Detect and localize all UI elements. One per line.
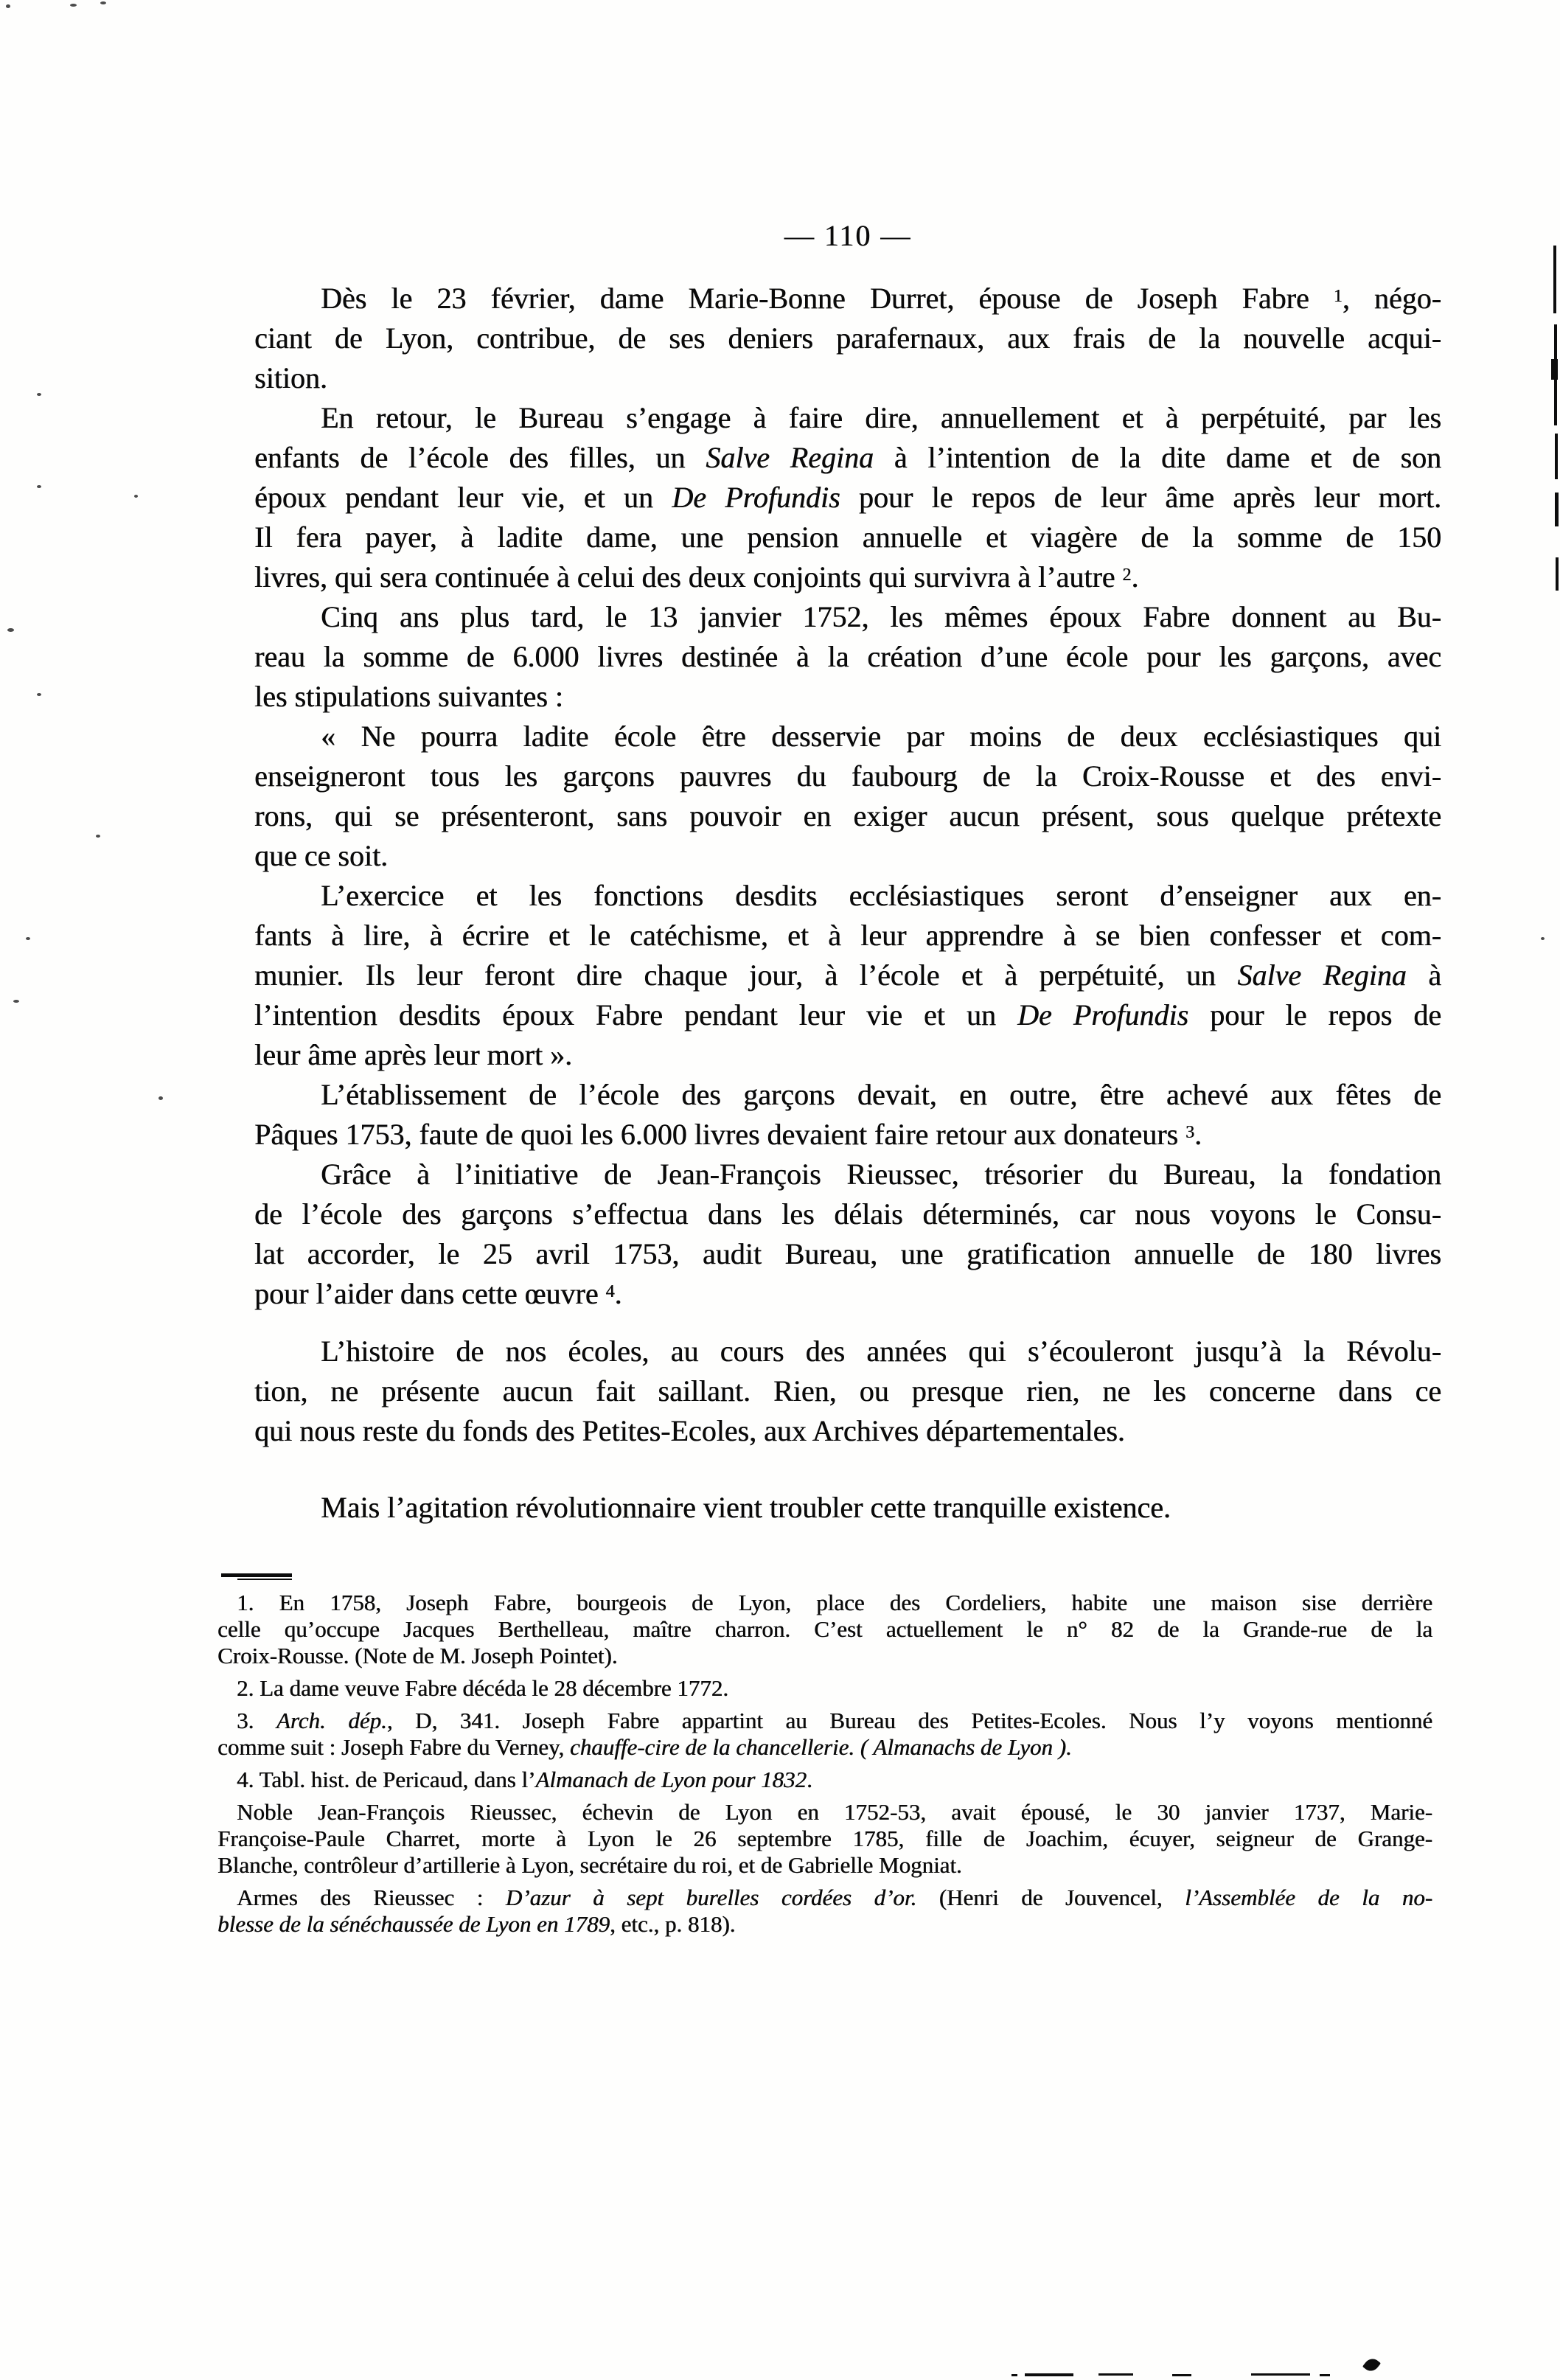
scan-edge-artifact (1551, 359, 1558, 380)
footnote-line: Noble Jean-François Rieussec, échevin de… (217, 1799, 1432, 1826)
paragraph: Grâce à l’initiative de Jean-François Ri… (254, 1155, 1441, 1314)
scan-speck (26, 937, 30, 940)
text-segment: époux pendant leur vie, et un (254, 481, 672, 514)
footnote-line: blesse de la sénéchaussée de Lyon en 178… (217, 1911, 1432, 1938)
body-line: époux pendant leur vie, et un De Profund… (254, 478, 1441, 518)
body-line: munier. Ils leur feront dire chaque jour… (254, 956, 1441, 995)
text-segment: leur âme après leur mort ». (254, 1038, 572, 1071)
scan-bottom-dash (1172, 2374, 1191, 2376)
text-segment: Salve Regina (706, 441, 874, 474)
scan-speck (96, 835, 100, 838)
text-segment: fants à lire, à écrire et le catéchisme,… (254, 919, 1441, 952)
text-segment: L’établissement de l’école des garçons d… (321, 1078, 1441, 1111)
footnote-separator-rule (221, 1573, 292, 1577)
scan-speck (134, 495, 138, 498)
footnote-reference: 4 (605, 1282, 614, 1301)
footnote-reference: 2 (1122, 566, 1131, 585)
footnote-reference: 3 (1185, 1123, 1194, 1142)
scan-bottom-dash (1025, 2373, 1073, 2376)
body-line: L’établissement de l’école des garçons d… (254, 1075, 1441, 1115)
text-segment: enseigneront tous les garçons pauvres du… (254, 759, 1441, 793)
text-segment: Cinq ans plus tard, le 13 janvier 1752, … (321, 600, 1441, 633)
scan-bottom-dash (1011, 2374, 1017, 2376)
text-segment (854, 1734, 860, 1760)
paragraph: L’exercice et les fonctions desdits eccl… (254, 876, 1441, 1075)
footnote-line: comme suit : Joseph Fabre du Verney, cha… (217, 1734, 1432, 1761)
page-header: — 110 — (254, 218, 1441, 253)
text-segment: chauffe-cire de la chancellerie. (570, 1734, 854, 1760)
footnote-line: Croix-Rousse. (Note de M. Joseph Pointet… (217, 1643, 1432, 1669)
text-segment: Grâce à l’initiative de Jean-François Ri… (321, 1158, 1441, 1191)
body-text: Dès le 23 février, dame Marie-Bonne Durr… (254, 279, 1441, 1528)
scan-speck (70, 4, 77, 7)
footnote-line: Françoise-Paule Charret, morte à Lyon le… (217, 1826, 1432, 1852)
footnotes: 1. En 1758, Joseph Fabre, bourgeois de L… (217, 1590, 1432, 1944)
scan-speck (159, 1096, 163, 1100)
footnote-line: Armes des Rieussec : D’azur à sept burel… (217, 1885, 1432, 1911)
scan-bottom-dash (1251, 2373, 1310, 2376)
body-line: les stipulations suivantes : (254, 677, 1441, 717)
paragraph: L’établissement de l’école des garçons d… (254, 1075, 1441, 1155)
body-line: Mais l’agitation révolutionnaire vient t… (254, 1488, 1441, 1528)
text-segment: Noble Jean-François Rieussec, échevin de… (237, 1799, 1432, 1825)
text-segment: rons, qui se présenteront, sans pouvoir … (254, 799, 1441, 832)
scan-speck (100, 1, 106, 4)
body-line: enfants de l’école des filles, un Salve … (254, 438, 1441, 478)
text-segment: ( Almanachs de Lyon ). (860, 1734, 1072, 1760)
paragraph: Cinq ans plus tard, le 13 janvier 1752, … (254, 597, 1441, 717)
scan-speck (6, 4, 10, 8)
text-segment: à (1407, 958, 1441, 992)
text-segment: enfants de l’école des filles, un (254, 441, 706, 474)
text-segment: pour le repos de leur âme après leur mor… (840, 481, 1441, 514)
text-segment: Croix-Rousse. (Note de M. Joseph Pointet… (217, 1643, 617, 1669)
body-line: En retour, le Bureau s’engage à faire di… (254, 398, 1441, 438)
text-segment: L’exercice et les fonctions desdits eccl… (321, 879, 1441, 912)
footnote-reference: 1 (1334, 287, 1343, 306)
text-segment: Salve Regina (1237, 958, 1406, 992)
scan-edge-artifact (1553, 246, 1556, 313)
body-line: pour l’aider dans cette œuvre 4. (254, 1274, 1441, 1314)
footnote-line: Blanche, contrôleur d’artillerie à Lyon,… (217, 1852, 1432, 1879)
body-line: ciant de Lyon, contribue, de ses deniers… (254, 319, 1441, 358)
text-segment: En retour, le Bureau s’engage à faire di… (321, 401, 1441, 434)
text-segment: . (614, 1277, 621, 1310)
paragraph: Dès le 23 février, dame Marie-Bonne Durr… (254, 279, 1441, 398)
footnote-line: 2. La dame veuve Fabre décéda le 28 déce… (217, 1675, 1432, 1702)
paragraph: 3. Arch. dép., D, 341. Joseph Fabre appa… (217, 1708, 1432, 1761)
body-line: tion, ne présente aucun fait saillant. R… (254, 1371, 1441, 1411)
text-segment: Dès le 23 février, dame Marie-Bonne Durr… (321, 282, 1334, 315)
text-segment: 2. La dame veuve Fabre décéda le 28 déce… (237, 1675, 728, 1701)
text-segment: 3. (237, 1708, 276, 1733)
paragraph: 4. Tabl. hist. de Pericaud, dans l’Alman… (217, 1767, 1432, 1793)
body-line: fants à lire, à écrire et le catéchisme,… (254, 916, 1441, 956)
text-segment: D’azur à sept burelles cordées d’or. (506, 1885, 916, 1910)
text-segment: les stipulations suivantes : (254, 680, 563, 713)
scan-speck (13, 1000, 19, 1003)
text-segment: que ce soit. (254, 839, 388, 872)
text-segment: ciant de Lyon, contribue, de ses deniers… (254, 321, 1441, 355)
scan-bottom-dash (1320, 2374, 1330, 2376)
text-segment: Françoise-Paule Charret, morte à Lyon le… (217, 1826, 1432, 1851)
ink-fleck (1362, 2356, 1381, 2374)
text-segment: reau la somme de 6.000 livres destinée à… (254, 640, 1441, 673)
text-segment: blesse de la sénéchaussée de Lyon en 178… (217, 1911, 610, 1937)
text-segment: 4. Tabl. hist. de Pericaud, dans l’ (237, 1767, 535, 1792)
scanned-page: — 110 — Dès le 23 février, dame Marie-Bo… (0, 0, 1560, 2380)
body-line: leur âme après leur mort ». (254, 1035, 1441, 1075)
scan-speck (7, 628, 14, 632)
text-segment: . (807, 1767, 812, 1792)
text-segment: munier. Ils leur feront dire chaque jour… (254, 958, 1237, 992)
footnote-line: 1. En 1758, Joseph Fabre, bourgeois de L… (217, 1590, 1432, 1616)
body-line: rons, qui se présenteront, sans pouvoir … (254, 796, 1441, 836)
body-line: Dès le 23 février, dame Marie-Bonne Durr… (254, 279, 1441, 319)
text-segment: comme suit : Joseph Fabre du Verney, (217, 1734, 570, 1760)
paragraph: En retour, le Bureau s’engage à faire di… (254, 398, 1441, 597)
text-segment: livres, qui sera continuée à celui des d… (254, 560, 1122, 594)
body-line: qui nous reste du fonds des Petites-Ecol… (254, 1411, 1441, 1451)
body-line: livres, qui sera continuée à celui des d… (254, 557, 1441, 597)
paragraph: Armes des Rieussec : D’azur à sept burel… (217, 1885, 1432, 1938)
body-line: reau la somme de 6.000 livres destinée à… (254, 637, 1441, 677)
scan-edge-artifact (1555, 434, 1558, 479)
text-segment: 1. En 1758, Joseph Fabre, bourgeois de L… (237, 1590, 1432, 1615)
scan-speck (37, 485, 41, 488)
scan-speck (1541, 937, 1545, 940)
paragraph: 1. En 1758, Joseph Fabre, bourgeois de L… (217, 1590, 1432, 1669)
text-segment: Almanach de Lyon pour 1832 (535, 1767, 807, 1792)
body-line: L’exercice et les fonctions desdits eccl… (254, 876, 1441, 916)
text-segment: De Profundis (672, 481, 840, 514)
body-line: que ce soit. (254, 836, 1441, 876)
text-segment: l’Assemblée de la no- (1185, 1885, 1432, 1910)
text-segment: , négo- (1343, 282, 1441, 315)
text-segment: de l’école des garçons s’effectua dans l… (254, 1197, 1441, 1231)
body-line: sition. (254, 358, 1441, 398)
text-segment: celle qu’occupe Jacques Berthelleau, maî… (217, 1616, 1432, 1642)
text-segment: lat accorder, le 25 avril 1753, audit Bu… (254, 1237, 1441, 1270)
paragraph: 2. La dame veuve Fabre décéda le 28 déce… (217, 1675, 1432, 1702)
paragraph: Mais l’agitation révolutionnaire vient t… (254, 1488, 1441, 1528)
text-segment: Il fera payer, à ladite dame, une pensio… (254, 521, 1441, 554)
text-segment: , D, 341. Joseph Fabre appartint au Bure… (387, 1708, 1432, 1733)
footnote-line: 4. Tabl. hist. de Pericaud, dans l’Alman… (217, 1767, 1432, 1793)
text-segment: L’histoire de nos écoles, au cours des a… (321, 1335, 1441, 1368)
scan-edge-artifact (1556, 557, 1559, 591)
paragraph: « Ne pourra ladite école être desservie … (254, 717, 1441, 876)
scan-edge-artifact (1555, 493, 1559, 526)
footnote-line: celle qu’occupe Jacques Berthelleau, maî… (217, 1616, 1432, 1643)
body-line: Grâce à l’initiative de Jean-François Ri… (254, 1155, 1441, 1194)
scan-bottom-dash (1098, 2373, 1133, 2376)
scan-speck (37, 393, 41, 396)
text-segment: pour l’aider dans cette œuvre (254, 1277, 605, 1310)
body-line: enseigneront tous les garçons pauvres du… (254, 756, 1441, 796)
text-segment: Blanche, contrôleur d’artillerie à Lyon,… (217, 1852, 962, 1878)
text-segment: tion, ne présente aucun fait saillant. R… (254, 1374, 1441, 1408)
text-segment: Arch. dép. (276, 1708, 387, 1733)
text-segment: De Profundis (1017, 998, 1188, 1031)
text-segment: « Ne pourra ladite école être desservie … (321, 720, 1441, 753)
body-line: « Ne pourra ladite école être desservie … (254, 717, 1441, 756)
text-segment: (Henri de Jouvencel, (916, 1885, 1185, 1910)
text-segment: Pâques 1753, faute de quoi les 6.000 liv… (254, 1118, 1185, 1151)
page-number: — 110 — (784, 219, 912, 252)
body-line: Pâques 1753, faute de quoi les 6.000 liv… (254, 1115, 1441, 1155)
body-line: Cinq ans plus tard, le 13 janvier 1752, … (254, 597, 1441, 637)
scan-speck (37, 693, 41, 696)
text-segment: Armes des Rieussec : (237, 1885, 506, 1910)
text-segment: Mais l’agitation révolutionnaire vient t… (321, 1491, 1171, 1524)
text-segment: pour le repos de (1188, 998, 1441, 1031)
text-segment: qui nous reste du fonds des Petites-Ecol… (254, 1414, 1125, 1447)
paragraph: L’histoire de nos écoles, au cours des a… (254, 1332, 1441, 1451)
text-segment: , etc., p. 818). (610, 1911, 735, 1937)
body-line: Il fera payer, à ladite dame, une pensio… (254, 518, 1441, 557)
text-segment: à l’intention de la dite dame et de son (874, 441, 1441, 474)
body-line: L’histoire de nos écoles, au cours des a… (254, 1332, 1441, 1371)
body-line: de l’école des garçons s’effectua dans l… (254, 1194, 1441, 1234)
text-segment: sition. (254, 361, 327, 394)
text-segment: l’intention desdits époux Fabre pendant … (254, 998, 1017, 1031)
text-segment: . (1131, 560, 1138, 594)
paragraph: Noble Jean-François Rieussec, échevin de… (217, 1799, 1432, 1879)
footnote-line: 3. Arch. dép., D, 341. Joseph Fabre appa… (217, 1708, 1432, 1734)
body-line: l’intention desdits époux Fabre pendant … (254, 995, 1441, 1035)
body-line: lat accorder, le 25 avril 1753, audit Bu… (254, 1234, 1441, 1274)
text-segment: . (1194, 1118, 1202, 1151)
